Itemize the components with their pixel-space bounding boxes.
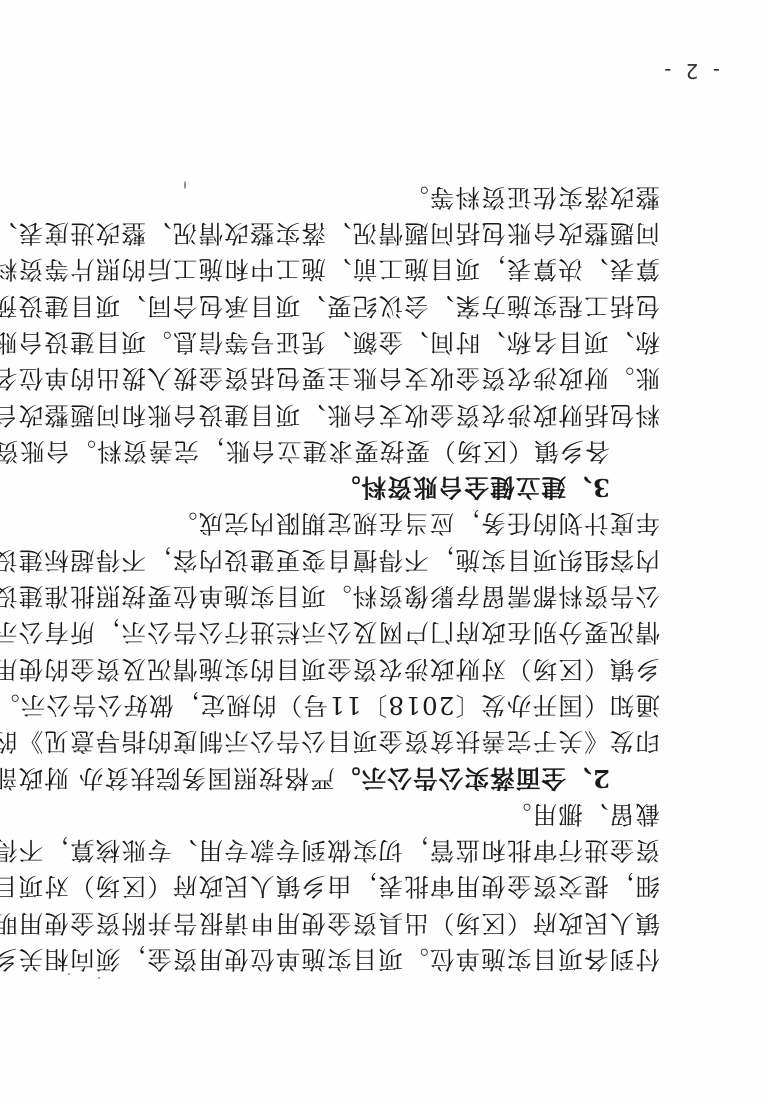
paragraph-line: 镇人民政府（区场）出具资金使用申请报告并附资金使用明	[105, 904, 660, 940]
paragraph-line: 内容组织项目实施，不得擅自变更建设内容，不得超标建设，	[105, 541, 660, 577]
section-heading-3: 3、建立健全台账资料。	[105, 469, 660, 505]
paragraph-line: 印发《关于完善扶贫资金项目公告公示制度的指导意见》的	[105, 723, 660, 759]
scan-speck	[184, 181, 186, 189]
paragraph-line: 算表、决算表，项目施工前、施工中和施工后的照片等资料。	[105, 251, 660, 287]
paragraph-line: 截留、挪用。	[105, 796, 660, 832]
paragraph-line: 付到各项目实施单位。项目实施单位使用资金，须向相关乡	[105, 941, 660, 977]
paragraph-line: 整改落实佐证资料等。	[105, 178, 660, 214]
scan-speck	[68, 973, 70, 975]
paragraph-line: 乡镇（区场）对财政涉农资金项目的实施情况及资金的使用	[105, 650, 660, 686]
section-heading-2: 2、全面落实公告公示。	[335, 764, 610, 793]
paragraph-line: 年度计划的任务，应当在规定期限内完成。	[105, 505, 660, 541]
paragraph-line: 称、项目名称、时间、金额、凭证号等信息。项目建设台账	[105, 324, 660, 360]
document-body: 付到各项目实施单位。项目实施单位使用资金，须向相关乡 镇人民政府（区场）出具资金…	[105, 178, 660, 977]
paragraph-line: 资金进行审批和监管，切实做到专款专用、专账核算，不得	[105, 832, 660, 868]
paragraph-text: 严格按照国务院扶贫办 财政部	[0, 764, 335, 793]
paragraph-line: 公告资料都需留存影像资料。项目实施单位要按照批准建设	[105, 578, 660, 614]
paragraph-line: 通知（国开办发〔2018〕11号）的规定，做好公告公示。各	[105, 687, 660, 723]
paragraph-line: 账。财政涉农资金收支台账主要包括资金拨入拨出的单位名	[105, 360, 660, 396]
scan-speck	[98, 977, 100, 979]
section-2-line: 2、全面落实公告公示。严格按照国务院扶贫办 财政部	[105, 759, 660, 795]
paragraph-line: 情况要分别在政府门户网及公示栏进行公告公示，所有公示	[105, 614, 660, 650]
paragraph-line: 问题整改台账包括问题情况、落实整改情况、整改进度表、	[105, 215, 660, 251]
paragraph-line: 各乡镇（区场）要按要求建立台账，完善资料。台账资	[105, 433, 660, 469]
paragraph-line: 细，提交资金使用审批表，由乡镇人民政府（区场）对项目	[105, 868, 660, 904]
paragraph-line: 料包括财政涉农资金收支台账、项目建设台账和问题整改台	[105, 396, 660, 432]
document-page: 付到各项目实施单位。项目实施单位使用资金，须向相关乡 镇人民政府（区场）出具资金…	[0, 0, 770, 1099]
page-number: - 2 -	[660, 59, 720, 83]
paragraph-line: 包括工程实施方案、会议纪要、项目承包合同、项目建设预	[105, 287, 660, 323]
